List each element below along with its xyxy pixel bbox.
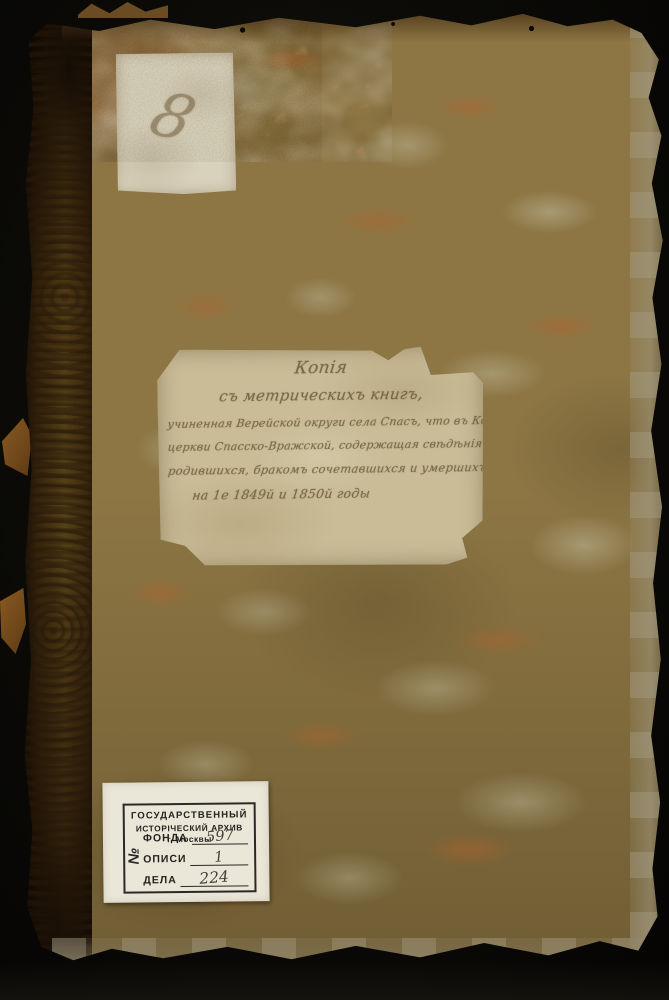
- archive-stamp-label: ГОСУДАРСТВЕННЫЙ ИСТОРІЧЕСКИЙ АРХИВ г. Мо…: [102, 781, 269, 903]
- title-line: родившихся, бракомъ сочетавшихся и умерш…: [167, 460, 477, 478]
- delo-line: 224: [181, 864, 249, 887]
- frayed-right-edge: [630, 12, 664, 964]
- stamp-border-box: ГОСУДАРСТВЕННЫЙ ИСТОРІЧЕСКИЙ АРХИВ г. Мо…: [123, 802, 257, 893]
- title-line: на 1е 1849й и 1850й годы: [191, 484, 477, 502]
- delo-label: ДЕЛА: [143, 874, 181, 887]
- opis-line: 1: [190, 843, 248, 866]
- title-line: учиненная Верейской округи села Спасъ, ч…: [167, 414, 477, 431]
- top-edge-tatter: [78, 2, 168, 18]
- fond-label: ФОНДА: [143, 832, 192, 846]
- photo-backdrop: 8 Копія съ метрическихъ книгъ, учиненная…: [0, 0, 669, 1000]
- stamp-fields: № ФОНДА 597 ОПИСИ 1: [125, 823, 249, 887]
- delo-value: 224: [180, 868, 249, 889]
- numero-sign: №: [126, 846, 143, 867]
- inventory-number: 8: [143, 83, 203, 151]
- spine-tatter: [2, 418, 32, 476]
- title-line: съ метрическихъ книгъ,: [166, 384, 476, 406]
- delo-row: ДЕЛА 224: [143, 865, 248, 887]
- opis-row: ОПИСИ 1: [143, 844, 248, 866]
- stamp-field-rows: ФОНДА 597 ОПИСИ 1 ДЕЛА: [143, 823, 249, 887]
- title-line: церкви Спасско-Вражской, содержащая свѣд…: [167, 437, 477, 454]
- handwritten-title-label: Копія съ метрическихъ книгъ, учиненная В…: [157, 346, 486, 568]
- frayed-bottom-edge: [52, 938, 664, 964]
- inventory-number-label: 8: [114, 51, 237, 194]
- archive-name-line1: ГОСУДАРСТВЕННЫЙ: [125, 809, 254, 821]
- fond-line: 597: [192, 822, 248, 845]
- spine-tatter: [0, 588, 26, 654]
- book-spine: [22, 12, 100, 964]
- fond-row: ФОНДА 597: [143, 823, 248, 845]
- book-cover: 8 Копія съ метрическихъ книгъ, учиненная…: [22, 12, 664, 964]
